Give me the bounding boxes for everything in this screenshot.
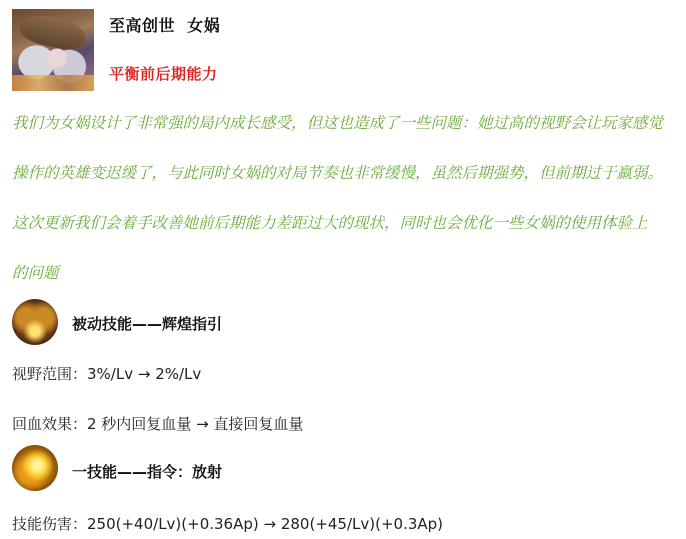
hero-title: 至高创世 女娲 [109, 13, 220, 36]
intro-line: 的问题 [12, 261, 684, 286]
passive-skill-title: 被动技能——辉煌指引 [72, 313, 222, 334]
passive-skill-icon [12, 299, 58, 345]
intro-line: 我们为女娲设计了非常强的局内成长感受，但这也造成了一些问题：她过高的视野会让玩家… [12, 111, 684, 136]
hero-portrait-icon [12, 9, 94, 91]
intro-line: 操作的英雄变迟缓了，与此同时女娲的对局节奏也非常缓慢，虽然后期强势，但前期过于羸… [12, 161, 684, 186]
skill-1-damage-change: 技能伤害：250(+40/Lv)(+0.36Ap) → 280(+45/Lv)(… [12, 513, 443, 534]
passive-heal-change: 回血效果：2 秒内回复血量 → 直接回复血量 [12, 413, 303, 434]
skill-1-title: 一技能——指令：放射 [72, 461, 222, 482]
hero-subtitle: 平衡前后期能力 [109, 63, 218, 84]
skill-1-icon [12, 445, 58, 491]
intro-paragraph: 我们为女娲设计了非常强的局内成长感受，但这也造成了一些问题：她过高的视野会让玩家… [12, 111, 684, 311]
intro-line: 这次更新我们会着手改善她前后期能力差距过大的现状，同时也会优化一些女娲的使用体验… [12, 211, 684, 236]
passive-vision-change: 视野范围：3%/Lv → 2%/Lv [12, 363, 201, 384]
